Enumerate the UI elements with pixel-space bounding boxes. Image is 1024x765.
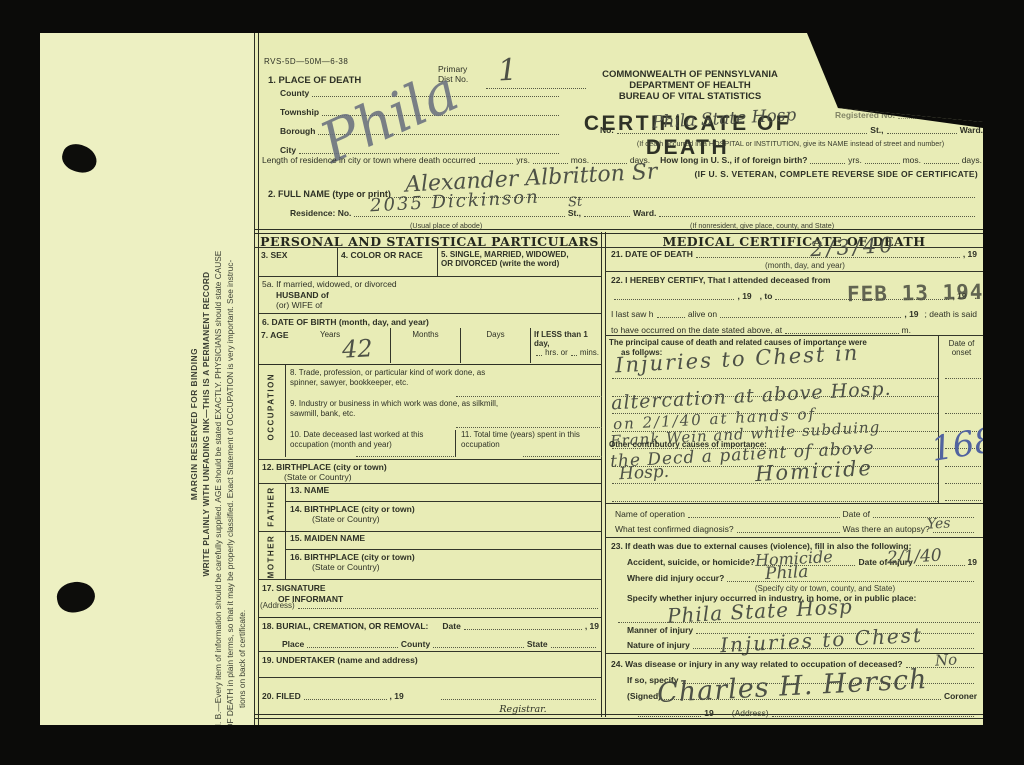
item18-label: 18. BURIAL, CREMATION, OR REMOVAL: xyxy=(262,621,428,631)
county-label: County xyxy=(280,88,309,98)
us-mos-line xyxy=(865,161,900,164)
burial-date-label: Date xyxy=(442,621,460,631)
item9-label: 9. Industry or business in which work wa… xyxy=(290,399,508,418)
item5a-line1: 5a. If married, widowed, or divorced xyxy=(262,279,397,290)
attended-from-line xyxy=(614,297,734,300)
item10-label: 10. Date deceased last worked at this oc… xyxy=(290,430,450,449)
dob-label: 6. DATE OF BIRTH (month, day, and year) xyxy=(262,317,429,327)
burial-state-label: State xyxy=(527,639,548,649)
item17-line1: 17. SIGNATURE xyxy=(262,583,343,594)
specify-injury-line xyxy=(618,620,980,623)
age-months-header: Months xyxy=(390,328,460,363)
item12-line1: 12. BIRTHPLACE (city or town) xyxy=(262,462,387,472)
item5a-underline xyxy=(258,313,601,314)
margin-line-2: WRITE PLAINLY WITH UNFADING INK—THIS IS … xyxy=(200,118,212,730)
autopsy-label: Was there an autopsy? xyxy=(843,524,930,534)
registrar-label: Registrar. xyxy=(448,704,598,715)
mother-underline xyxy=(258,579,601,580)
st-label: St., xyxy=(870,125,883,135)
item21-label: 21. DATE OF DEATH xyxy=(611,249,693,259)
autopsy-handwritten: Yes xyxy=(927,515,951,532)
us-mos: mos. xyxy=(903,155,921,165)
margin-line-4: OF DEATH in plain terms, so that it may … xyxy=(224,118,236,730)
onset-value-handwritten: 168 xyxy=(928,420,998,470)
color-race-field: 4. COLOR OR RACE xyxy=(338,248,438,276)
sex-field: 3. SEX xyxy=(258,248,338,276)
age-label: 7. AGE xyxy=(261,330,289,340)
item12-underline xyxy=(258,483,601,484)
burial-county-line xyxy=(433,645,524,648)
margin-instructions: MARGIN RESERVED FOR BINDING WRITE PLAINL… xyxy=(188,118,254,730)
residence-ward-line xyxy=(659,214,975,217)
commonwealth-line: COMMONWEALTH OF PENNSYLVANIA xyxy=(550,69,830,80)
mins-label: mins. xyxy=(580,348,599,357)
item16-line2: (State or Country) xyxy=(290,562,415,572)
attended-from-19: , 19 xyxy=(737,291,751,301)
month-day-year-note: (month, day, and year) xyxy=(725,261,885,270)
last-saw-label: I last saw h xyxy=(611,309,654,319)
operation-line xyxy=(688,515,840,518)
filed-date-line xyxy=(304,697,387,700)
informant-address-note: (Address) xyxy=(260,601,295,610)
res-yrs: yrs. xyxy=(516,155,530,165)
item14-line2: (State or Country) xyxy=(290,514,415,524)
alive-19: , 19 xyxy=(904,309,918,319)
item16-line1: 16. BIRTHPLACE (city or town) xyxy=(290,552,415,562)
marital-field-l1: 5. SINGLE, MARRIED, WIDOWED, xyxy=(441,250,598,259)
dist-no-handwritten: 1 xyxy=(497,53,518,89)
injury-date-19: 19 xyxy=(968,557,977,567)
signed-date-line xyxy=(638,714,701,717)
item9-line xyxy=(456,425,602,428)
us-days-line xyxy=(924,161,959,164)
margin-line-3: N. B.—Every item of information should b… xyxy=(212,118,224,730)
item23-underline xyxy=(605,653,983,654)
residence-no-label: Residence: No. xyxy=(290,208,351,218)
manner-label: Manner of injury xyxy=(627,625,693,635)
item19-label: 19. UNDERTAKER (name and address) xyxy=(262,655,418,665)
residence-st-handwritten: St xyxy=(568,195,583,211)
date-stamp: FEB 13 1940 xyxy=(847,280,997,307)
signed-handwritten: Charles H. Hersch xyxy=(656,664,928,709)
alive-on-line xyxy=(720,315,901,318)
death-is-said: ; death is said xyxy=(925,309,977,319)
us-days: days. xyxy=(962,155,982,165)
onset-box: Date of onset xyxy=(938,335,984,503)
attended-to-label: , to xyxy=(760,291,773,301)
filed-19: , 19 xyxy=(390,691,404,701)
mother-side-label: MOTHER xyxy=(267,531,276,583)
specify-city-note: (Specify city or town, county, and State… xyxy=(695,584,955,593)
mother-bracket-line xyxy=(285,531,286,579)
item19-underline xyxy=(258,677,601,678)
informant-address-line xyxy=(298,606,598,609)
res-yrs-line xyxy=(479,161,514,164)
burial-19: , 19 xyxy=(585,621,599,631)
borough-label: Borough xyxy=(280,126,315,136)
occurred-label: to have occurred on the date stated abov… xyxy=(611,325,782,335)
less-than-label: If LESS than 1 day, xyxy=(534,330,598,348)
item12-line2: (State or Country) xyxy=(262,472,387,482)
father-underline xyxy=(258,531,601,532)
operation-label: Name of operation xyxy=(615,509,685,519)
injury-date-handwritten: 2/1/40 xyxy=(887,546,943,569)
residence-length-label: Length of residence in city or town wher… xyxy=(262,155,476,165)
age-years-header: Years xyxy=(320,330,340,339)
us-yrs: yrs. xyxy=(848,155,862,165)
death-date-handwritten: 2/3/40 xyxy=(809,233,896,261)
scanned-death-certificate: MARGIN RESERVED FOR BINDING WRITE PLAINL… xyxy=(0,0,1024,765)
hrs-line xyxy=(536,353,542,356)
occurred-line xyxy=(785,331,898,334)
item5a-line3: (or) WIFE of xyxy=(262,300,397,311)
marital-field-l2: OR DIVORCED (write the word) xyxy=(441,259,598,268)
occupation-underline xyxy=(258,459,601,460)
us-yrs-line xyxy=(810,161,845,164)
signed-19: 19 xyxy=(704,708,713,718)
item17-underline xyxy=(258,617,601,618)
department-line: DEPARTMENT OF HEALTH xyxy=(550,80,830,91)
item15-underline xyxy=(285,549,601,550)
place-of-death-label: 1. PLACE OF DEATH xyxy=(268,75,361,86)
institution-note: (If death occurred in a HOSPITAL or INST… xyxy=(598,139,983,148)
test-label: What test confirmed diagnosis? xyxy=(615,524,734,534)
nature-label: Nature of injury xyxy=(627,640,690,650)
certificate-paper: MARGIN RESERVED FOR BINDING WRITE PLAINL… xyxy=(40,33,983,725)
veteran-note: (IF U. S. VETERAN, COMPLETE REVERSE SIDE… xyxy=(640,169,978,179)
item8-line xyxy=(456,394,602,397)
registrar-sign-line xyxy=(441,697,596,700)
ward-line xyxy=(887,131,957,134)
item23-label: 23. If death was due to external causes … xyxy=(611,541,911,551)
age-handwritten: 42 xyxy=(341,334,373,364)
burial-place-label: Place xyxy=(282,639,304,649)
age-days-header: Days xyxy=(460,328,530,363)
item24-handwritten: No xyxy=(935,650,958,669)
onset-label-l2: onset xyxy=(939,348,984,357)
coroner-address-line xyxy=(772,714,974,717)
item13-underline xyxy=(285,501,601,502)
item21-underline xyxy=(605,271,983,272)
item18-underline xyxy=(258,651,601,652)
item22-label: 22. I HEREBY CERTIFY, That I attended de… xyxy=(611,275,830,285)
age-row-underline xyxy=(258,364,601,365)
father-bracket-line xyxy=(285,483,286,531)
hrs-label: hrs. or xyxy=(545,348,568,357)
where-injury-label: Where did injury occur? xyxy=(627,573,724,583)
item13-label: 13. NAME xyxy=(290,485,329,495)
burial-place-line xyxy=(307,645,398,648)
how-long-us-label: How long in U. S., if of foreign birth? xyxy=(660,155,807,165)
father-side-label: FATHER xyxy=(267,482,276,532)
occupation-bracket-line xyxy=(285,365,286,457)
alive-on-label: alive on xyxy=(688,309,717,319)
margin-line-5: tions on back of certificate. xyxy=(236,118,248,730)
item20-label: 20. FILED xyxy=(262,691,301,701)
cause-underline xyxy=(605,503,983,504)
m-label: m. xyxy=(902,325,911,335)
item22-underline xyxy=(605,335,983,336)
where-injury-line xyxy=(727,579,974,582)
item11-label: 11. Total time (years) spent in this occ… xyxy=(461,430,581,449)
residence-ward-label: Ward. xyxy=(633,208,656,218)
item10-11-divider xyxy=(455,430,456,457)
operation-date-line xyxy=(873,515,974,518)
item14-line1: 14. BIRTHPLACE (city or town) xyxy=(290,504,415,514)
residence-st-line xyxy=(584,214,630,217)
autopsy-underline xyxy=(605,537,983,538)
form-number: RVS-5D—50M—6-38 xyxy=(264,57,348,66)
test-line xyxy=(737,530,840,533)
item15-label: 15. MAIDEN NAME xyxy=(290,533,365,543)
onset-label-l1: Date of xyxy=(939,339,984,348)
burial-date-line xyxy=(464,627,582,630)
burial-county-label: County xyxy=(401,639,430,649)
item10-line xyxy=(356,454,454,457)
accident-label: Accident, suicide, or homicide? xyxy=(627,557,755,567)
item11-line xyxy=(523,454,602,457)
cause-line6-handwritten: Hosp. xyxy=(619,462,670,485)
coroner-label: Coroner xyxy=(944,691,977,701)
medical-section-title: MEDICAL CERTIFICATE OF DEATH xyxy=(605,234,983,249)
personal-section-title: PERSONAL AND STATISTICAL PARTICULARS xyxy=(258,234,601,249)
where-injury-handwritten: Phila xyxy=(765,562,809,584)
coroner-address-note: (Address) xyxy=(732,708,769,718)
item5a-line2: HUSBAND of xyxy=(262,290,397,301)
mins-line xyxy=(571,353,577,356)
city-label: City xyxy=(280,145,296,155)
signed-label: (Signed) xyxy=(627,691,661,701)
burial-state-line xyxy=(551,645,596,648)
operation-date-label: Date of xyxy=(843,509,870,519)
margin-line-1: MARGIN RESERVED FOR BINDING xyxy=(188,118,200,730)
occupation-side-label: OCCUPATION xyxy=(267,381,276,441)
bureau-line: BUREAU OF VITAL STATISTICS xyxy=(550,91,830,102)
death-date-19: , 19 xyxy=(963,249,977,259)
hospital-no-label: No. xyxy=(600,125,614,135)
him-her-line xyxy=(657,315,685,318)
item8-label: 8. Trade, profession, or particular kind… xyxy=(290,368,508,387)
